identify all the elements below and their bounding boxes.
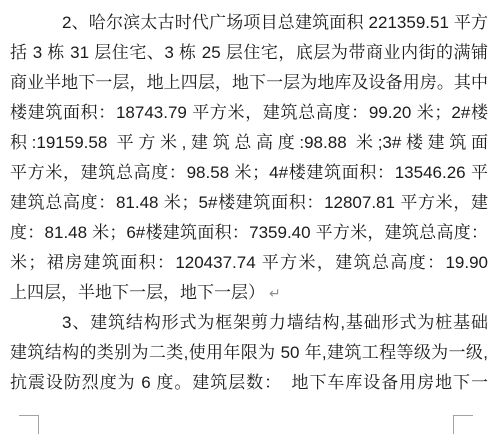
paragraph-mark: ↵ <box>265 285 281 301</box>
text-line[interactable]: 度：81.48 米；6#楼建筑面积：7359.40 平方米，建筑总高度：81.1… <box>10 218 488 248</box>
text-line[interactable]: 建筑总高度：81.48 米；5#楼建筑面积：12807.81 平方米，建筑总高 <box>10 188 488 218</box>
text-line[interactable]: 商业半地下一层，地上四层，地下一层为地库及设备用房。其中 1# <box>10 68 488 98</box>
text-line[interactable]: 抗震设防烈度为 6 度。建筑层数： 地下车库设备用房地下一层，裙 <box>10 368 488 398</box>
text-line[interactable]: 3、建筑结构形式为框架剪力墙结构,基础形式为桩基础+筏板， <box>10 308 488 338</box>
paragraph-last-line-text: 上四层，半地下一层，地下一层） <box>10 283 265 302</box>
text-line[interactable]: 积:19159.58 平方米,建筑总高度:98.88 米;3#楼建筑面积:213… <box>10 128 488 158</box>
text-line[interactable]: 楼建筑面积：18743.79 平方米，建筑总高度：99.20 米；2#楼建筑面 <box>10 98 488 128</box>
document-text-area[interactable]: 2、哈尔滨太古时代广场项目总建筑面积 221359.51 平方米，包 括 3 栋… <box>10 8 488 398</box>
line-text-segment: 3、建筑结构形式为框架剪力墙结构,基础形式为桩基础 <box>62 313 488 332</box>
text-line[interactable]: 2、哈尔滨太古时代广场项目总建筑面积 221359.51 平方米，包 <box>10 8 488 38</box>
text-line[interactable]: 米；裙房建筑面积：120437.74 平方米，建筑总高度：19.90 米。（地 <box>10 248 488 278</box>
text-boundary-corner-right <box>453 415 473 434</box>
text-line[interactable]: 括 3 栋 31 层住宅、3 栋 25 层住宅，底层为带商业内街的满铺式商业， <box>10 38 488 68</box>
text-boundary-corner-left <box>19 415 39 434</box>
document-page[interactable]: 2、哈尔滨太古时代广场项目总建筑面积 221359.51 平方米，包 括 3 栋… <box>0 0 498 448</box>
text-line[interactable]: 上四层，半地下一层，地下一层）↵ <box>10 278 488 308</box>
text-line[interactable]: 建筑结构的类别为二类,使用年限为 50 年,建筑工程等级为一级, <box>10 338 488 368</box>
text-line[interactable]: 平方米，建筑总高度：98.58 米；4#楼建筑面积：13546.26 平方米， <box>10 158 488 188</box>
